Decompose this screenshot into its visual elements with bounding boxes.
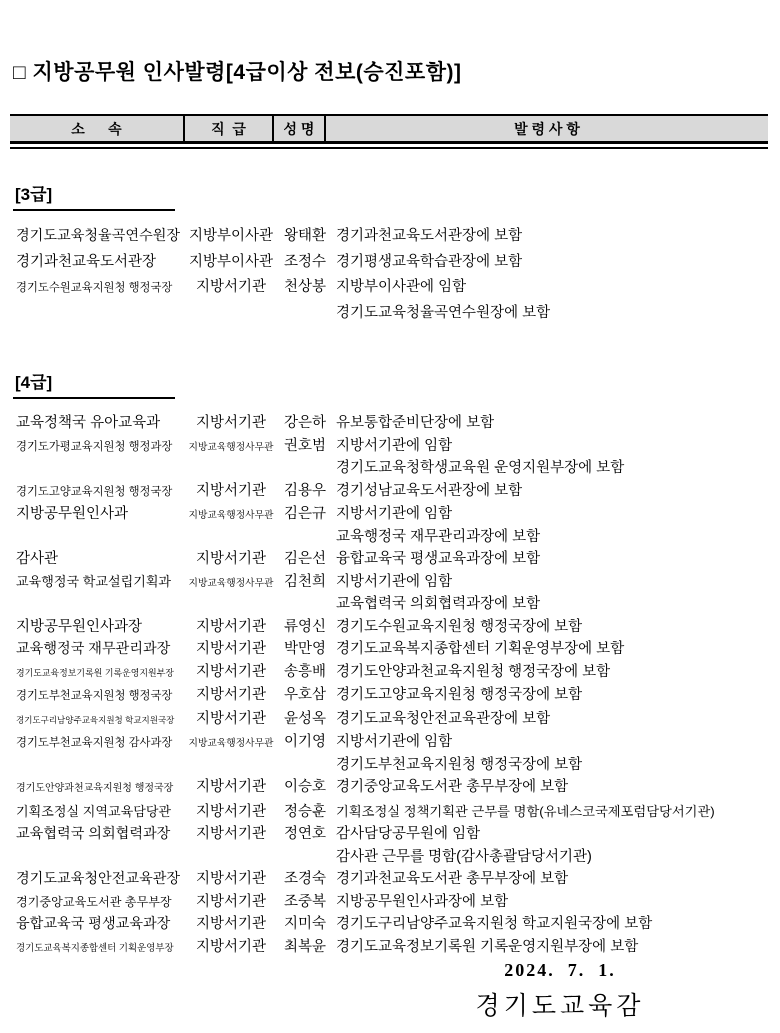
rank-cell: 지방교육행정사무관 — [188, 437, 274, 460]
name-cell: 정연호 — [274, 823, 336, 846]
affiliation-cell: 경기도고양교육지원청 행정국장 — [0, 481, 188, 504]
name-cell: 조중복 — [274, 891, 336, 914]
appointment-line: 경기과천교육도서관장에 보함 — [336, 224, 780, 250]
table-row: 융합교육국 평생교육과장지방서기관지미숙경기도구리남양주교육지원청 학교지원국장… — [0, 913, 780, 936]
name-cell: 조정수 — [274, 250, 336, 276]
affiliation-cell: 교육정책국 유아교육과 — [0, 412, 188, 435]
appointment-line: 경기평생교육학습관장에 보함 — [336, 250, 780, 276]
rank-cell: 지방서기관 — [188, 616, 274, 639]
appointment-cell: 경기도교육복지종합센터 기획운영부장에 보함 — [336, 638, 780, 661]
rank-cell: 지방교육행정사무관 — [188, 733, 274, 756]
rank-cell: 지방서기관 — [188, 823, 274, 846]
appointment-line: 경기도고양교육지원청 행정국장에 보함 — [336, 684, 780, 707]
name-cell: 왕태환 — [274, 224, 336, 250]
affiliation-cell: 경기중앙교육도서관 총무부장 — [0, 891, 188, 914]
affiliation-cell: 경기도수원교육지원청 행정국장 — [0, 276, 188, 302]
appointment-line: 지방서기관에 임함 — [336, 503, 780, 526]
name-cell: 김은규 — [274, 503, 336, 526]
appointment-line: 경기도부천교육지원청 행정국장에 보함 — [336, 754, 780, 777]
table-row: 경기도교육청율곡연수원장지방부이사관왕태환경기과천교육도서관장에 보함 — [0, 224, 780, 250]
appointment-cell: 지방공무원인사과장에 보함 — [336, 891, 780, 914]
appointment-line: 경기도교육청안전교육관장에 보함 — [336, 708, 780, 731]
appointment-line: 지방공무원인사과장에 보함 — [336, 891, 780, 914]
appointment-cell: 경기과천교육도서관 총무부장에 보함 — [336, 868, 780, 891]
affiliation-cell: 경기도가평교육지원청 행정과장 — [0, 436, 188, 459]
table-row: 지방공무원인사과지방교육행정사무관김은규지방서기관에 임함교육행정국 재무관리과… — [0, 503, 780, 548]
table-row: 경기도가평교육지원청 행정과장지방교육행정사무관권호범지방서기관에 임함경기도교… — [0, 435, 780, 480]
name-cell: 이기영 — [274, 731, 336, 754]
appointment-cell: 기획조정실 정책기획관 근무를 명함(유네스코국제포럼담당서기관) — [336, 801, 780, 824]
rank-cell: 지방서기관 — [188, 638, 274, 661]
table-row: 경기도수원교육지원청 행정국장지방서기관천상봉지방부이사관에 임함경기도교육청율… — [0, 275, 780, 326]
affiliation-cell: 경기도구리남양주교육지원청 학교지원국장 — [0, 709, 188, 732]
affiliation-cell: 경기도부천교육지원청 행정국장 — [0, 685, 188, 708]
rank-cell: 지방서기관 — [188, 275, 274, 301]
appointment-cell: 지방서기관에 임함경기도교육청학생교육원 운영지원부장에 보함 — [336, 435, 780, 480]
name-cell: 우호삼 — [274, 684, 336, 707]
rank-cell: 지방서기관 — [188, 891, 274, 914]
rank-cell: 지방서기관 — [188, 801, 274, 824]
table-row: 교육정책국 유아교육과지방서기관강은하유보통합준비단장에 보함 — [0, 412, 780, 435]
affiliation-cell: 경기도교육청율곡연수원장 — [0, 224, 188, 250]
name-cell: 윤성옥 — [274, 708, 336, 731]
sections: [3급] 경기도교육청율곡연수원장지방부이사관왕태환경기과천교육도서관장에 보함… — [0, 180, 780, 960]
appointment-line: 교육행정국 재무관리과장에 보함 — [336, 526, 780, 549]
appointment-line: 기획조정실 정책기획관 근무를 명함(유네스코국제포럼담당서기관) — [336, 801, 780, 824]
appointment-cell: 지방서기관에 임함교육협력국 의회협력과장에 보함 — [336, 571, 780, 616]
name-cell: 강은하 — [274, 412, 336, 435]
rank-cell: 지방부이사관 — [188, 224, 274, 250]
affiliation-cell: 교육행정국 재무관리과장 — [0, 638, 188, 661]
affiliation-cell: 경기도교육복지종합센터 기획운영부장 — [0, 938, 188, 961]
column-header-details: 발 령 사 항 — [326, 116, 768, 141]
rank-cell: 지방서기관 — [188, 548, 274, 571]
appointment-line: 경기도교육복지종합센터 기획운영부장에 보함 — [336, 638, 780, 661]
rank-cell: 지방서기관 — [188, 776, 274, 799]
grade-section-label: [3급] — [13, 180, 175, 211]
grade-section-rows: 경기도교육청율곡연수원장지방부이사관왕태환경기과천교육도서관장에 보함경기과천교… — [0, 224, 780, 326]
affiliation-cell: 경기도교육청안전교육관장 — [0, 868, 188, 891]
name-cell: 류영신 — [274, 616, 336, 639]
name-cell: 박만영 — [274, 638, 336, 661]
affiliation-cell: 지방공무원인사과 — [0, 503, 188, 526]
rank-cell: 지방교육행정사무관 — [188, 573, 274, 596]
appointment-line: 감사담당공무원에 임함 — [336, 823, 780, 846]
appointment-cell: 경기과천교육도서관장에 보함 — [336, 224, 780, 250]
name-cell: 권호범 — [274, 435, 336, 458]
rank-cell: 지방부이사관 — [188, 250, 274, 276]
name-cell: 김천희 — [274, 571, 336, 594]
column-header-rank: 직 급 — [185, 116, 274, 141]
grade-section: [3급] 경기도교육청율곡연수원장지방부이사관왕태환경기과천교육도서관장에 보함… — [0, 180, 780, 326]
appointment-cell: 경기도안양과천교육지원청 행정국장에 보함 — [336, 661, 780, 684]
table-row: 교육협력국 의회협력과장지방서기관정연호감사담당공무원에 임함감사관 근무를 명… — [0, 823, 780, 868]
rank-cell: 지방서기관 — [188, 412, 274, 435]
appointment-cell: 지방부이사관에 임함경기도교육청율곡연수원장에 보함 — [336, 275, 780, 326]
appointment-line: 경기도구리남양주교육지원청 학교지원국장에 보함 — [336, 913, 780, 936]
page-title: □ 지방공무원 인사발령[4급이상 전보(승진포함)] — [13, 56, 462, 86]
appointment-line: 교육협력국 의회협력과장에 보함 — [336, 593, 780, 616]
rank-cell: 지방서기관 — [188, 480, 274, 503]
table-row: 경기도고양교육지원청 행정국장지방서기관김용우경기성남교육도서관장에 보함 — [0, 480, 780, 504]
affiliation-cell: 경기과천교육도서관장 — [0, 250, 188, 276]
table-row: 지방공무원인사과장지방서기관류영신경기도수원교육지원청 행정국장에 보함 — [0, 616, 780, 639]
name-cell: 지미숙 — [274, 913, 336, 936]
appointment-cell: 경기도수원교육지원청 행정국장에 보함 — [336, 616, 780, 639]
name-cell: 천상봉 — [274, 275, 336, 301]
affiliation-cell: 융합교육국 평생교육과장 — [0, 913, 188, 936]
issuer-title: 경기도교육감 — [430, 986, 690, 1022]
appointment-cell: 경기평생교육학습관장에 보함 — [336, 250, 780, 276]
column-header-name: 성 명 — [274, 116, 326, 141]
grade-section: [4급] 교육정책국 유아교육과지방서기관강은하유보통합준비단장에 보함경기도가… — [0, 368, 780, 960]
appointment-line: 경기도교육청율곡연수원장에 보함 — [336, 301, 780, 327]
appointment-line: 감사관 근무를 명함(감사총괄담당서기관) — [336, 846, 780, 869]
appointment-cell: 감사담당공무원에 임함감사관 근무를 명함(감사총괄담당서기관) — [336, 823, 780, 868]
name-cell: 송흥배 — [274, 661, 336, 684]
table-header: 소 속 직 급 성 명 발 령 사 항 — [10, 114, 768, 144]
appointment-cell: 경기성남교육도서관장에 보함 — [336, 480, 780, 503]
name-cell: 최복윤 — [274, 936, 336, 959]
affiliation-cell: 교육행정국 학교설립기획과 — [0, 571, 188, 594]
affiliation-cell: 경기도안양과천교육지원청 행정국장 — [0, 778, 188, 801]
rank-cell: 지방서기관 — [188, 708, 274, 731]
appointment-line: 경기도수원교육지원청 행정국장에 보함 — [336, 616, 780, 639]
table-row: 경기도교육복지종합센터 기획운영부장지방서기관최복윤경기도교육정보기록원 기록운… — [0, 936, 780, 961]
name-cell: 김용우 — [274, 480, 336, 503]
name-cell: 이승호 — [274, 776, 336, 799]
issue-date: 2024. 7. 1. — [430, 960, 690, 981]
appointment-line: 지방서기관에 임함 — [336, 435, 780, 458]
appointment-cell: 경기도교육청안전교육관장에 보함 — [336, 708, 780, 731]
grade-section-rows: 교육정책국 유아교육과지방서기관강은하유보통합준비단장에 보함경기도가평교육지원… — [0, 412, 780, 960]
rank-cell: 지방서기관 — [188, 936, 274, 959]
table-row: 경기도부천교육지원청 감사과장지방교육행정사무관이기영지방서기관에 임함경기도부… — [0, 731, 780, 776]
table-row: 경기도교육정보기록원 기록운영지원부장지방서기관송흥배경기도안양과천교육지원청 … — [0, 661, 780, 685]
appointment-cell: 융합교육국 평생교육과장에 보함 — [336, 548, 780, 571]
rank-cell: 지방서기관 — [188, 684, 274, 707]
table-row: 경기도교육청안전교육관장지방서기관조경숙경기과천교육도서관 총무부장에 보함 — [0, 868, 780, 891]
rank-cell: 지방서기관 — [188, 661, 274, 684]
table-row: 감사관지방서기관김은선융합교육국 평생교육과장에 보함 — [0, 548, 780, 571]
appointment-line: 지방서기관에 임함 — [336, 571, 780, 594]
appointment-line: 경기도교육정보기록원 기록운영지원부장에 보함 — [336, 936, 780, 959]
affiliation-cell: 경기도교육정보기록원 기록운영지원부장 — [0, 662, 188, 685]
appointment-cell: 경기도고양교육지원청 행정국장에 보함 — [336, 684, 780, 707]
rank-cell: 지방교육행정사무관 — [188, 505, 274, 528]
appointment-line: 융합교육국 평생교육과장에 보함 — [336, 548, 780, 571]
affiliation-cell: 지방공무원인사과장 — [0, 616, 188, 639]
appointment-cell: 경기중앙교육도서관 총무부장에 보함 — [336, 776, 780, 799]
appointment-line: 경기도안양과천교육지원청 행정국장에 보함 — [336, 661, 780, 684]
appointment-line: 지방부이사관에 임함 — [336, 275, 780, 301]
grade-section-label: [4급] — [13, 368, 175, 399]
appointment-line: 유보통합준비단장에 보함 — [336, 412, 780, 435]
table-row: 교육행정국 학교설립기획과지방교육행정사무관김천희지방서기관에 임함교육협력국 … — [0, 571, 780, 616]
table-row: 교육행정국 재무관리과장지방서기관박만영경기도교육복지종합센터 기획운영부장에 … — [0, 638, 780, 661]
name-cell: 정승훈 — [274, 801, 336, 824]
table-row: 기획조정실 지역교육담당관지방서기관정승훈기획조정실 정책기획관 근무를 명함(… — [0, 801, 780, 824]
appointment-line: 경기성남교육도서관장에 보함 — [336, 480, 780, 503]
affiliation-cell: 교육협력국 의회협력과장 — [0, 823, 188, 846]
appointment-line: 경기중앙교육도서관 총무부장에 보함 — [336, 776, 780, 799]
table-row: 경기도안양과천교육지원청 행정국장지방서기관이승호경기중앙교육도서관 총무부장에… — [0, 776, 780, 801]
table-row: 경기도구리남양주교육지원청 학교지원국장지방서기관윤성옥경기도교육청안전교육관장… — [0, 708, 780, 732]
name-cell: 김은선 — [274, 548, 336, 571]
rank-cell: 지방서기관 — [188, 913, 274, 936]
table-header-underline — [10, 147, 768, 149]
footer: 2024. 7. 1. 경기도교육감 — [430, 960, 690, 1022]
affiliation-cell: 기획조정실 지역교육담당관 — [0, 801, 188, 824]
name-cell: 조경숙 — [274, 868, 336, 891]
appointment-line: 지방서기관에 임함 — [336, 731, 780, 754]
appointment-line: 경기도교육청학생교육원 운영지원부장에 보함 — [336, 457, 780, 480]
appointment-line: 경기과천교육도서관 총무부장에 보함 — [336, 868, 780, 891]
appointment-cell: 지방서기관에 임함경기도부천교육지원청 행정국장에 보함 — [336, 731, 780, 776]
column-header-affiliation: 소 속 — [10, 116, 185, 141]
appointment-cell: 유보통합준비단장에 보함 — [336, 412, 780, 435]
table-row: 경기중앙교육도서관 총무부장지방서기관조중복지방공무원인사과장에 보함 — [0, 891, 780, 914]
rank-cell: 지방서기관 — [188, 868, 274, 891]
affiliation-cell: 경기도부천교육지원청 감사과장 — [0, 732, 188, 755]
appointment-cell: 지방서기관에 임함교육행정국 재무관리과장에 보함 — [336, 503, 780, 548]
appointment-cell: 경기도구리남양주교육지원청 학교지원국장에 보함 — [336, 913, 780, 936]
affiliation-cell: 감사관 — [0, 548, 188, 571]
table-row: 경기과천교육도서관장지방부이사관조정수경기평생교육학습관장에 보함 — [0, 250, 780, 276]
appointment-cell: 경기도교육정보기록원 기록운영지원부장에 보함 — [336, 936, 780, 959]
table-row: 경기도부천교육지원청 행정국장지방서기관우호삼경기도고양교육지원청 행정국장에 … — [0, 684, 780, 708]
